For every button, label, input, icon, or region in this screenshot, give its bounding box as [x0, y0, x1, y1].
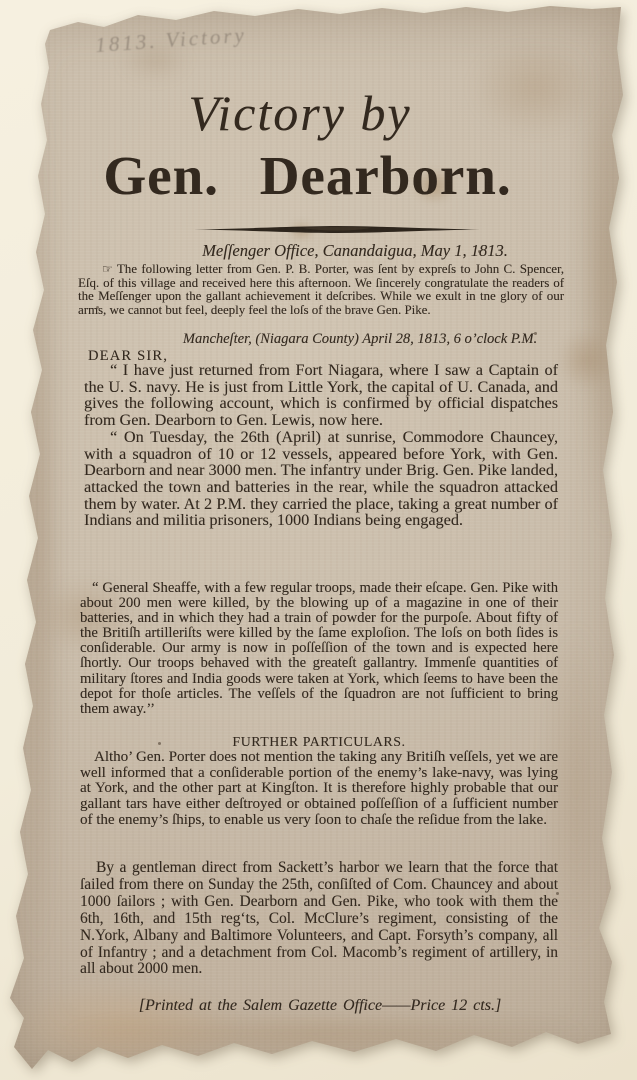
editorial-note-text: The following letter from Gen. P. B. Por…	[78, 262, 564, 317]
letter-body: “ I have just returned from Fort Niagara…	[84, 362, 558, 529]
further-particulars-heading: FURTHER PARTICULARS.	[80, 734, 558, 750]
letter-paragraph-3: “ General Sheaffe, with a few regular tr…	[80, 581, 558, 717]
further-particulars-paragraph-1: Altho’ Gen. Porter does not mention the …	[80, 750, 558, 829]
printer-imprint: [Printed at the Salem Gazette Office——Pr…	[90, 997, 550, 1015]
title-word-gen: Gen.	[103, 145, 219, 206]
letter-paragraph-2: “ On Tuesday, the 26th (April) at sunris…	[84, 429, 558, 529]
handwritten-note: 1813. Victory	[95, 11, 416, 58]
letter-place-date: Mancheſter, (Niagara County) April 28, 1…	[150, 331, 570, 348]
pointing-hand-icon: ☞	[102, 262, 113, 276]
swelled-rule-ornament	[192, 223, 482, 241]
title-word-dearborn: Dearborn.	[260, 145, 512, 206]
paper-sheet: 1813. Victory Victory by Gen. Dearborn. …	[0, 0, 637, 1080]
editorial-note: ☞ The following letter from Gen. P. B. P…	[78, 263, 564, 317]
water-stain	[578, 20, 633, 540]
messenger-office-dateline: Meſſenger Office, Canandaigua, May 1, 18…	[150, 241, 560, 261]
edge-toning	[60, 1012, 590, 1056]
letter-paragraph-1: “ I have just returned from Fort Niagara…	[84, 362, 558, 429]
broadside-scan: 1813. Victory Victory by Gen. Dearborn. …	[0, 0, 637, 1080]
masthead-title-line2: Gen. Dearborn.	[40, 144, 575, 207]
edge-toning	[14, 90, 62, 970]
masthead-title-line1: Victory by	[60, 84, 540, 142]
edge-toning	[6, 980, 241, 1075]
further-particulars-paragraph-2: By a gentleman direct from Sackett’s har…	[80, 860, 558, 978]
